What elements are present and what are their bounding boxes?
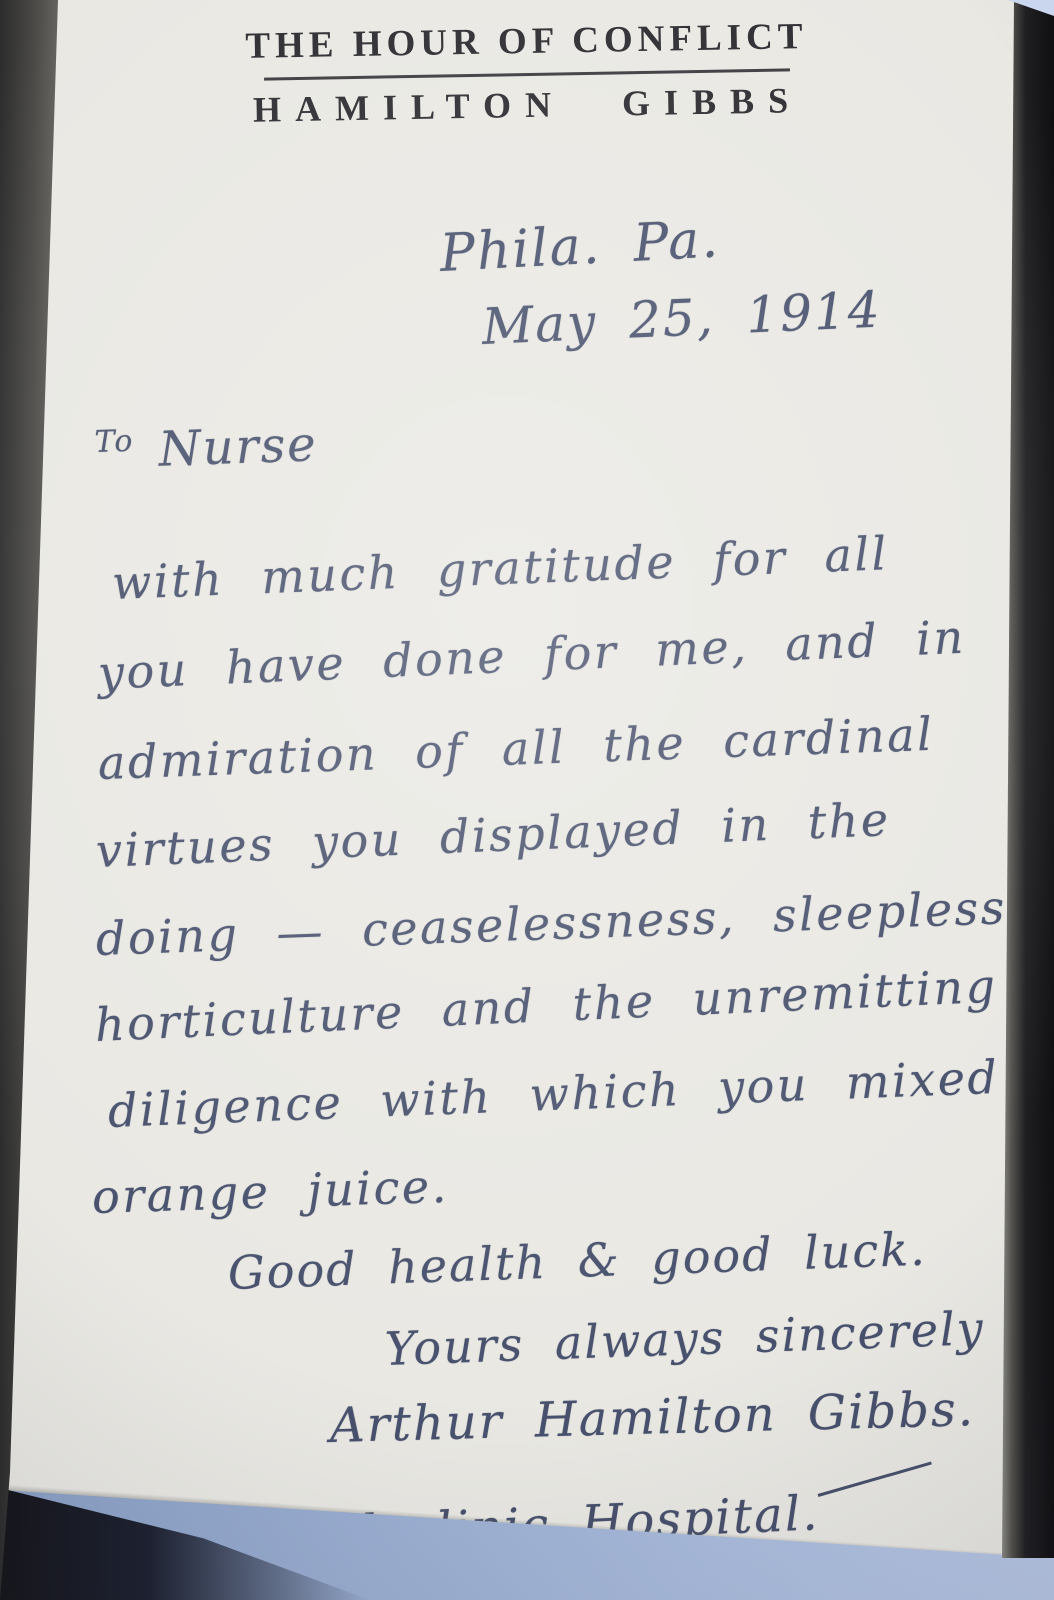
inscription-line: virtues you displayed in the	[95, 792, 892, 878]
inscription-line: doing — ceaselessness, sleeplessness	[95, 876, 1054, 966]
book-author: HAMILTON GIBBS	[0, 75, 1054, 135]
inscription-line: diligence with which you mixed	[107, 1050, 1000, 1138]
inscription-closing: Good health & good luck.	[227, 1222, 927, 1300]
inscription-line: orange juice.	[91, 1159, 449, 1224]
salutation-recipient: Nurse	[158, 416, 319, 478]
salutation-to: To	[94, 424, 135, 460]
inscription-date: May 25, 1914	[481, 281, 883, 356]
inscription-salutation: ToNurse	[94, 416, 318, 480]
inscription-signature: Arthur Hamilton Gibbs.	[329, 1381, 975, 1454]
inscription-line: with much gratitude for all	[111, 526, 890, 610]
printed-header: THE HOUR OF CONFLICT HAMILTON GIBBS	[0, 11, 1054, 135]
book-photo: THE HOUR OF CONFLICT HAMILTON GIBBS Phil…	[0, 0, 1054, 1600]
inscription-valediction: Yours always sincerely	[384, 1301, 985, 1376]
inscription-line: admiration of all the cardinal	[97, 707, 935, 790]
book-cover-right-edge	[1002, 0, 1054, 1558]
inscription-place: Phila. Pa.	[438, 209, 721, 284]
signature-flourish-stroke	[818, 1462, 932, 1497]
inscription-line: you have done for me, and in	[97, 610, 967, 700]
book-cover-left-edge	[0, 0, 64, 1600]
title-rule	[264, 68, 790, 80]
book-title: THE HOUR OF CONFLICT	[0, 11, 1054, 72]
inscription-line: horticulture and the unremitting	[94, 959, 999, 1052]
